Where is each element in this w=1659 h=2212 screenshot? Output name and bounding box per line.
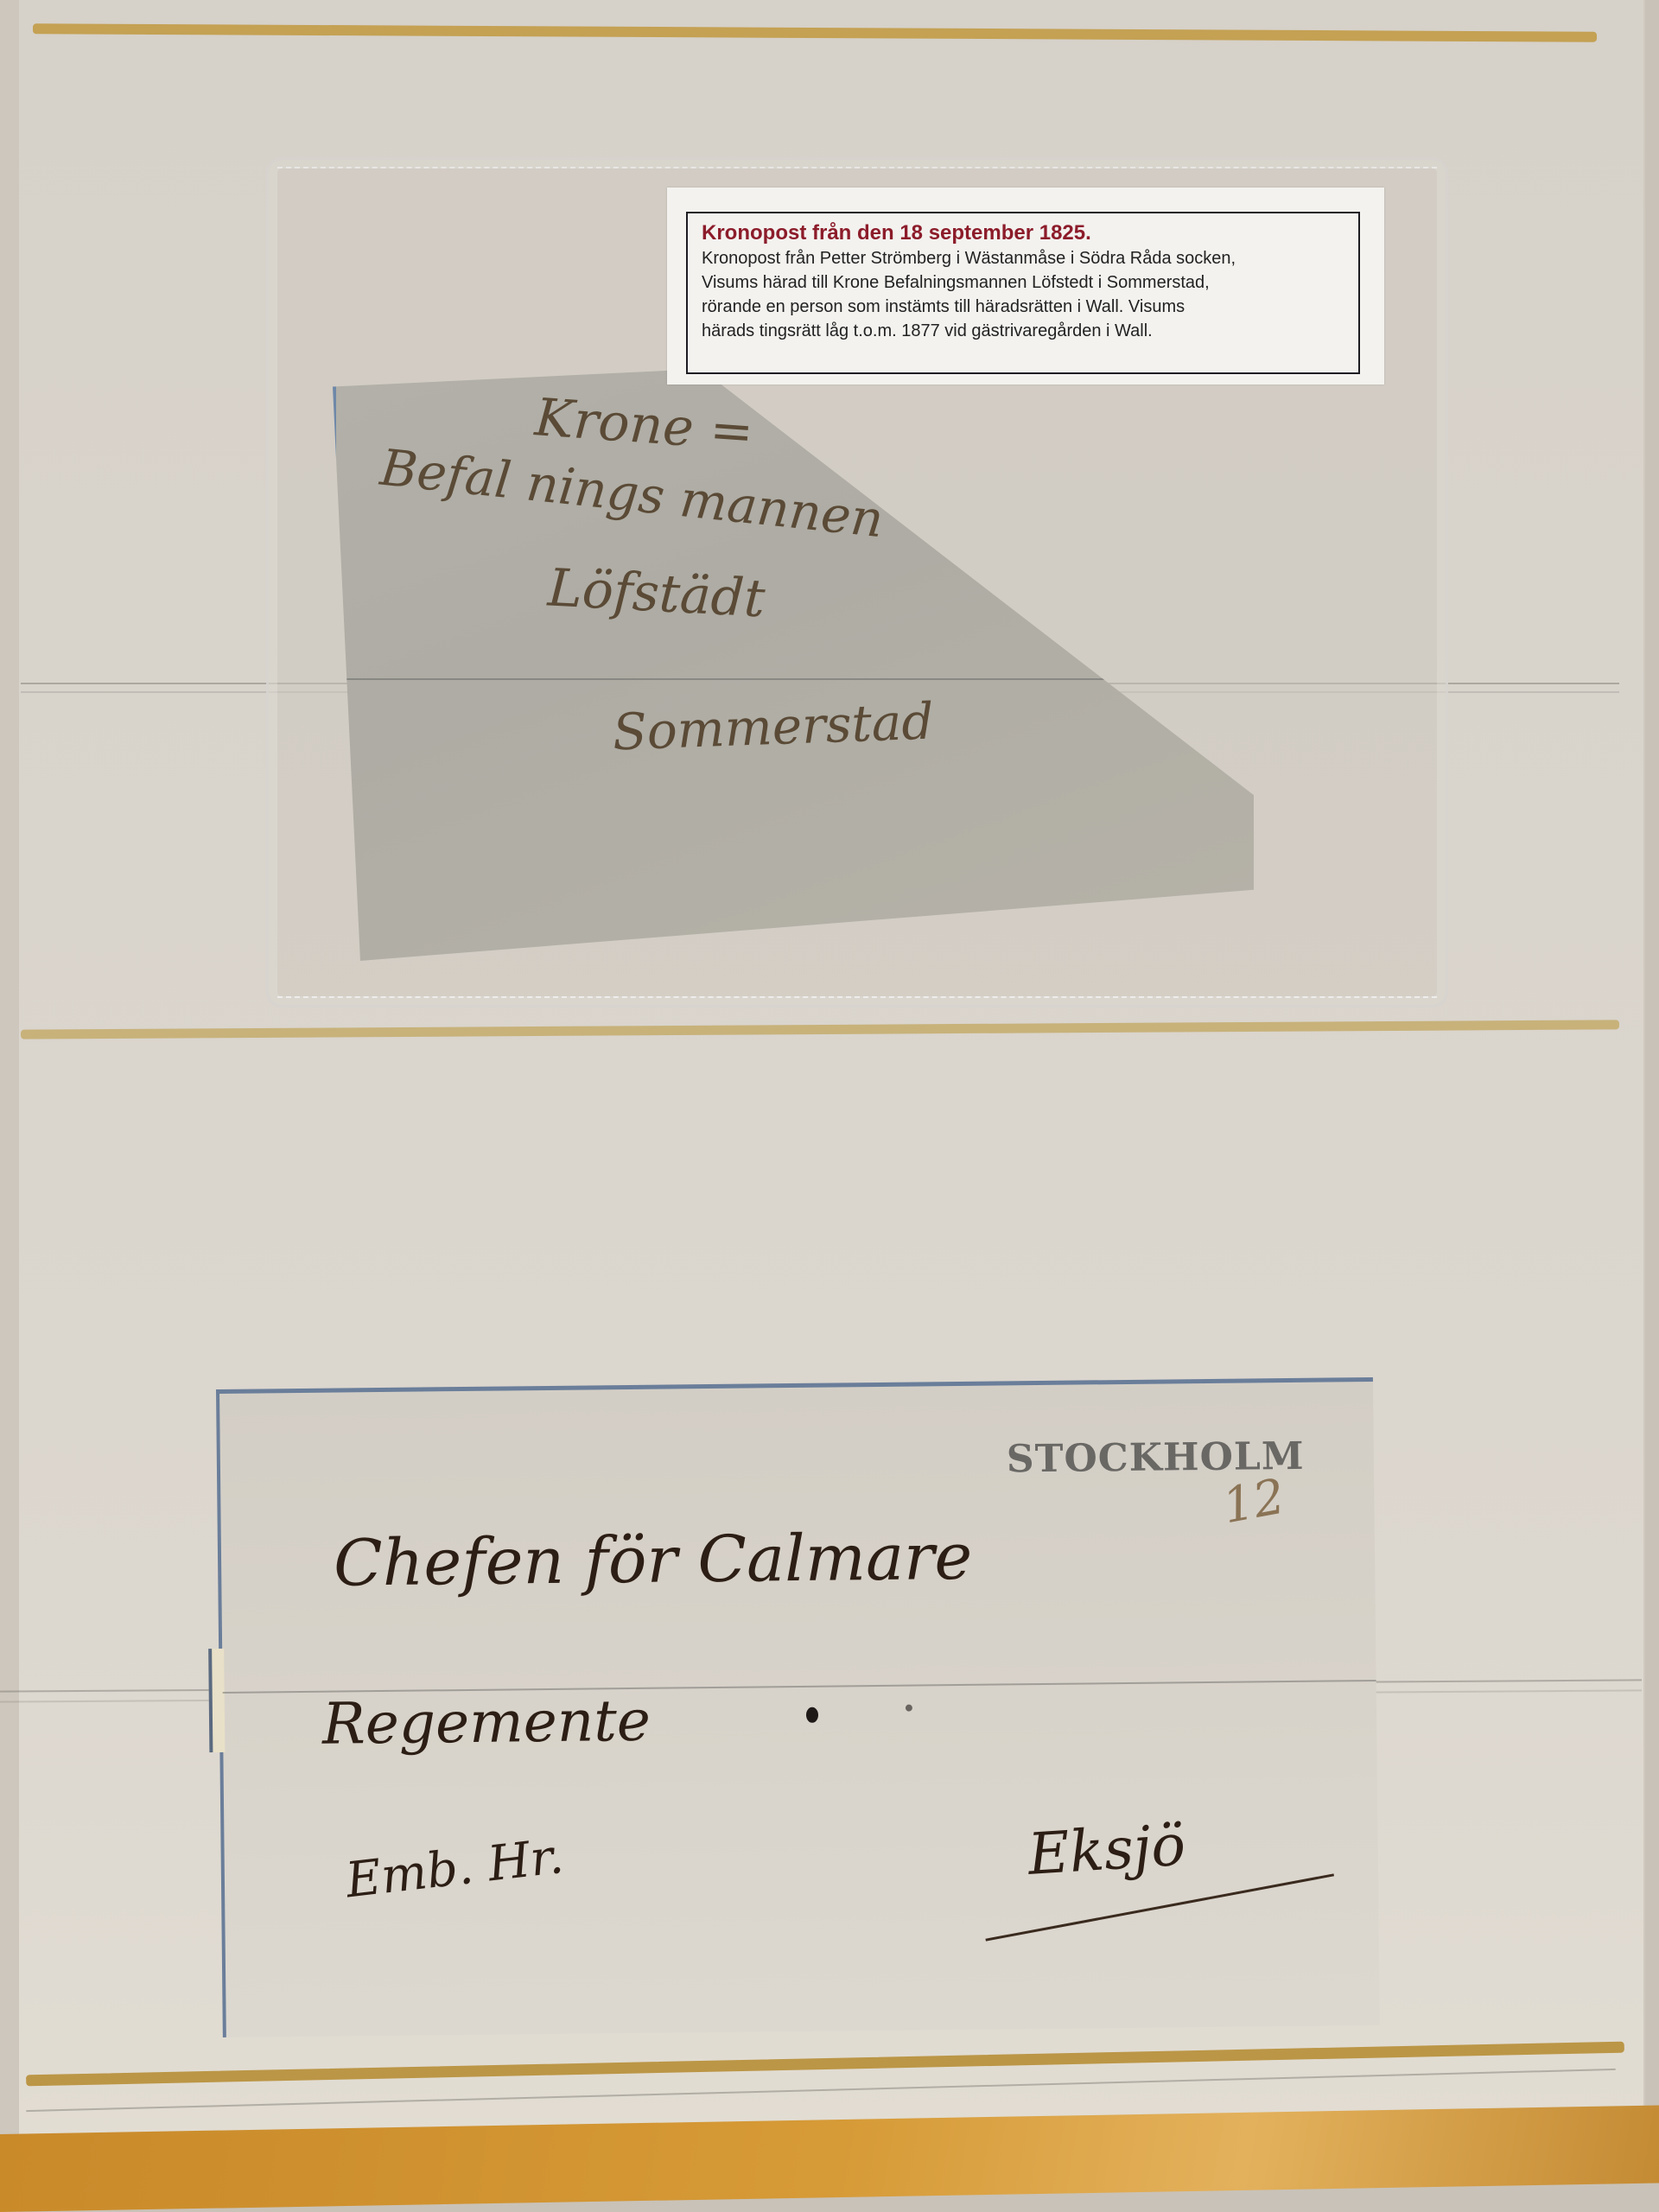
handwriting-line: Regemente	[322, 1688, 652, 1758]
caption-line: härads tingsrätt låg t.o.m. 1877 vid gäs…	[702, 319, 1344, 343]
cover-bottom-stockholm: STOCKHOLM 12 Chefen för Calmare Regement…	[216, 1377, 1380, 2037]
handwriting-line: Sommerstad	[612, 692, 935, 762]
handwriting-line: Chefen för Calmare	[334, 1520, 973, 1601]
ink-blot	[906, 1705, 912, 1712]
caption-line: rörande en person som instämts till hära…	[702, 295, 1344, 319]
pencil-rate-mark: 12	[1218, 1468, 1289, 1535]
caption-line: Visums härad till Krone Befalningsmannen…	[702, 270, 1344, 295]
caption-card: Kronopost från den 18 september 1825. Kr…	[667, 188, 1384, 385]
ink-blot	[806, 1707, 818, 1723]
sheet-edge	[0, 0, 19, 2212]
handwriting-line: Emb. Hr.	[343, 1828, 566, 1910]
handwriting-line: Krone =	[533, 387, 755, 462]
handwriting-line: Eksjö	[1026, 1812, 1187, 1888]
caption-box: Kronopost från den 18 september 1825. Kr…	[686, 212, 1360, 374]
handwriting-line: Löfstädt	[546, 557, 766, 629]
caption-title: Kronopost från den 18 september 1825.	[702, 220, 1344, 246]
cover-flap-tab	[208, 1649, 225, 1752]
caption-line: Kronopost från Petter Strömberg i Wästan…	[702, 246, 1344, 270]
